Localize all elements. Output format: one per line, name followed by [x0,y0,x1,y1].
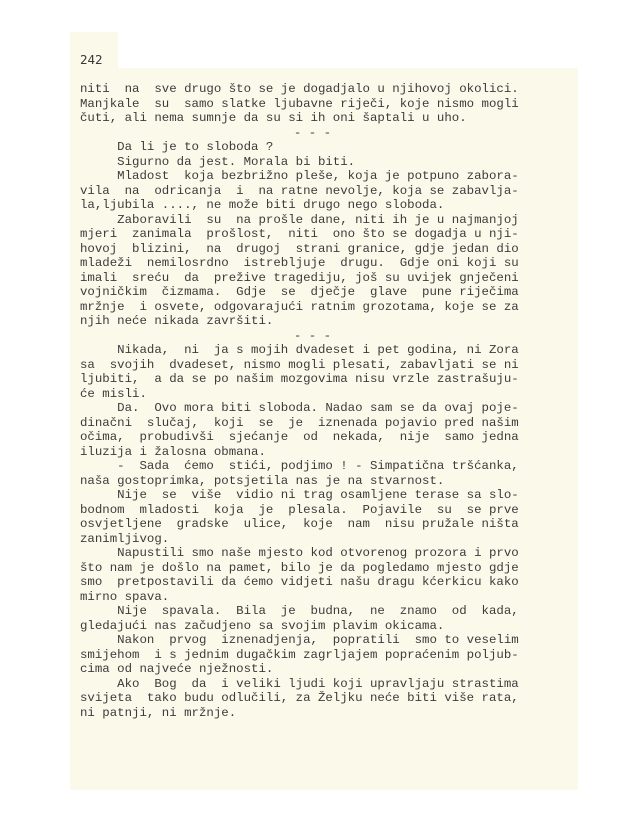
text-line: imali sreću da prežive tragediju, još su… [80,271,575,286]
text-line: njih neće nikada završiti. [80,314,575,329]
text-line: Mladost koja bezbrižno pleše, koja je po… [80,169,575,184]
text-line: će misli. [80,387,575,402]
text-line: sa svojih dvadeset, nismo mogli plesati,… [80,358,575,373]
text-line: Da li je to sloboda ? [80,140,575,155]
text-line: Napustili smo naše mjesto kod otvorenog … [80,546,575,561]
text-line: smo pretpostavili da ćemo vidjeti našu d… [80,575,575,590]
text-line: niti na sve drugo što se je dogadjalo u … [80,82,575,97]
text-line: ljubiti, a da se po našim mozgovima nisu… [80,372,575,387]
text-line: Nikada, ni ja s mojih dvadeset i pet god… [80,343,575,358]
text-line: Manjkale su samo slatke ljubavne riječi,… [80,97,575,112]
text-line: smijehom i s jednim dugačkim zagrljajem … [80,648,575,663]
text-line: Nije spavala. Bila je budna, ne znamo od… [80,604,575,619]
section-separator: - - - [80,126,575,141]
text-line: čuti, ali nema sumnje da su si ih oni ša… [80,111,575,126]
page-number: 242 [80,52,103,67]
section-separator: - - - [80,329,575,344]
page-body-text: niti na sve drugo što se je dogadjalo u … [80,82,575,720]
text-line: mirno spava. [80,590,575,605]
text-line: naša gostoprimka, potsjetila nas je na s… [80,474,575,489]
text-line: ni patnji, ni mržnje. [80,706,575,721]
text-line: što nam je došlo na pamet, bilo je da po… [80,561,575,576]
text-line: zanimljivog. [80,532,575,547]
text-line: gledajući nas začudjeno sa svojim plavim… [80,619,575,634]
text-line: cima od najveće nježnosti. [80,662,575,677]
text-line: Da. Ovo mora biti sloboda. Nadao sam se … [80,401,575,416]
text-line: vila na odricanja i na ratne nevolje, ko… [80,184,575,199]
text-line: la,ljubila ...., ne može biti drugo nego… [80,198,575,213]
text-line: hovoj blizini, na drugoj strani granice,… [80,242,575,257]
text-line: osvjetljene gradske ulice, koje nam nisu… [80,517,575,532]
text-line: Sigurno da jest. Morala bi biti. [80,155,575,170]
text-line: vojničkim čizmama. Gdje se dječje glave … [80,285,575,300]
text-line: mladeži nemilosrdno istrebljuje drugu. G… [80,256,575,271]
text-line: - Sada ćemo stići, podjimo ! - Simpatičn… [80,459,575,474]
text-line: očima, probudivši sjećanje od nekada, ni… [80,430,575,445]
text-line: Zaboravili su na prošle dane, niti ih je… [80,213,575,228]
text-line: iluzija i žalosna obmana. [80,445,575,460]
text-line: dinačni slučaj, koji se je iznenada poja… [80,416,575,431]
text-line: Nakon prvog iznenadjenja, popratili smo … [80,633,575,648]
text-line: mržnje i osvete, odgovarajući ratnim gro… [80,300,575,315]
text-line: Nije se više vidio ni trag osamljene ter… [80,488,575,503]
text-line: bodnom mladosti koja je plesala. Pojavil… [80,503,575,518]
text-line: Ako Bog da i veliki ljudi koji upravljaj… [80,677,575,692]
text-line: mjeri zanimala prošlost, niti ono što se… [80,227,575,242]
text-line: svijeta tako budu odlučili, za Željku ne… [80,691,575,706]
